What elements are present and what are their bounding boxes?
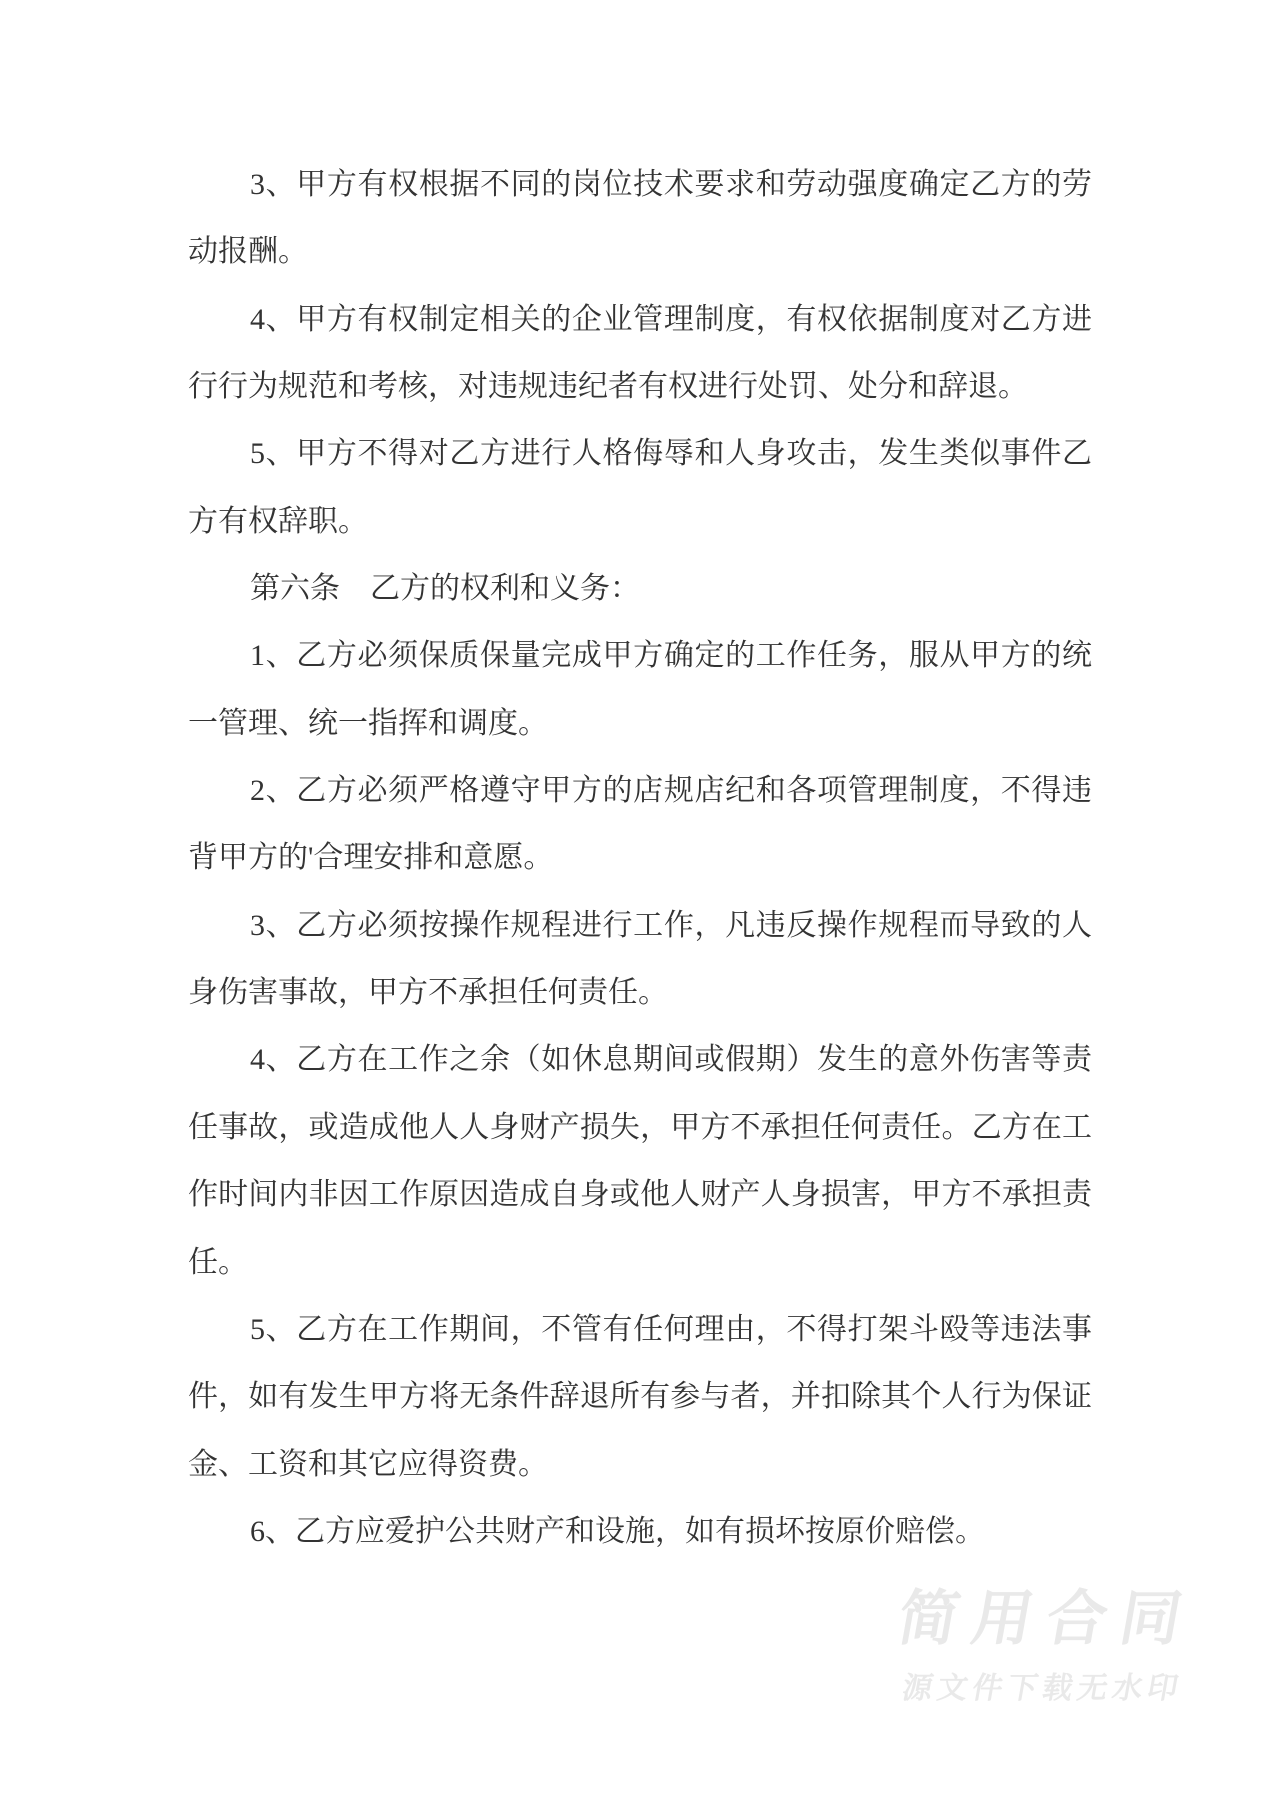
text-line: 背甲方的'合理安排和意愿。 xyxy=(188,824,1092,891)
paragraph: 5、乙方在工作期间，不管有任何理由，不得打架斗殴等违法事件，如有发生甲方将无条件… xyxy=(188,1296,1092,1498)
paragraph: 4、乙方在工作之余（如休息期间或假期）发生的意外伤害等责任事故，或造成他人人身财… xyxy=(188,1026,1092,1295)
text-line: 身伤害事故，甲方不承担任何责任。 xyxy=(188,959,1092,1026)
text-line: 3、甲方有权根据不同的岗位技术要求和劳动强度确定乙方的劳 xyxy=(188,151,1092,218)
text-line: 一管理、统一指挥和调度。 xyxy=(188,690,1092,757)
text-line: 5、甲方不得对乙方进行人格侮辱和人身攻击，发生类似事件乙 xyxy=(188,420,1092,487)
text-line: 第六条 乙方的权利和义务： xyxy=(188,555,1092,622)
watermark-subtitle: 源文件下载无水印 xyxy=(883,1672,1185,1706)
paragraph: 3、甲方有权根据不同的岗位技术要求和劳动强度确定乙方的劳动报酬。 xyxy=(188,151,1092,286)
text-line: 5、乙方在工作期间，不管有任何理由，不得打架斗殴等违法事 xyxy=(188,1296,1092,1363)
document-page: 3、甲方有权根据不同的岗位技术要求和劳动强度确定乙方的劳动报酬。4、甲方有权制定… xyxy=(0,0,1280,1810)
text-line: 金、工资和其它应得资费。 xyxy=(188,1431,1092,1498)
text-line: 1、乙方必须保质保量完成甲方确定的工作任务，服从甲方的统 xyxy=(188,622,1092,689)
text-line: 任事故，或造成他人人身财产损失，甲方不承担任何责任。乙方在工 xyxy=(188,1094,1092,1161)
text-line: 4、乙方在工作之余（如休息期间或假期）发生的意外伤害等责 xyxy=(188,1026,1092,1093)
text-line: 6、乙方应爱护公共财产和设施，如有损坏按原价赔偿。 xyxy=(188,1498,1092,1565)
paragraph: 3、乙方必须按操作规程进行工作，凡违反操作规程而导致的人身伤害事故，甲方不承担任… xyxy=(188,892,1092,1027)
paragraph: 1、乙方必须保质保量完成甲方确定的工作任务，服从甲方的统一管理、统一指挥和调度。 xyxy=(188,622,1092,757)
paragraph: 2、乙方必须严格遵守甲方的店规店纪和各项管理制度，不得违背甲方的'合理安排和意愿… xyxy=(188,757,1092,892)
text-line: 任。 xyxy=(188,1229,1092,1296)
paragraph: 第六条 乙方的权利和义务： xyxy=(188,555,1092,622)
text-line: 3、乙方必须按操作规程进行工作，凡违反操作规程而导致的人 xyxy=(188,892,1092,959)
watermark: 简用合同 源文件下载无水印 xyxy=(883,1586,1200,1706)
contract-text-block: 3、甲方有权根据不同的岗位技术要求和劳动强度确定乙方的劳动报酬。4、甲方有权制定… xyxy=(188,151,1092,1565)
text-line: 方有权辞职。 xyxy=(188,488,1092,555)
text-line: 4、甲方有权制定相关的企业管理制度，有权依据制度对乙方进 xyxy=(188,286,1092,353)
text-line: 作时间内非因工作原因造成自身或他人财产人身损害，甲方不承担责 xyxy=(188,1161,1092,1228)
text-line: 行行为规范和考核，对违规违纪者有权进行处罚、处分和辞退。 xyxy=(188,353,1092,420)
text-line: 动报酬。 xyxy=(188,218,1092,285)
paragraph: 4、甲方有权制定相关的企业管理制度，有权依据制度对乙方进行行为规范和考核，对违规… xyxy=(188,286,1092,421)
paragraph: 6、乙方应爱护公共财产和设施，如有损坏按原价赔偿。 xyxy=(188,1498,1092,1565)
watermark-title: 简用合同 xyxy=(893,1586,1201,1652)
text-line: 件，如有发生甲方将无条件辞退所有参与者，并扣除其个人行为保证 xyxy=(188,1363,1092,1430)
paragraph: 5、甲方不得对乙方进行人格侮辱和人身攻击，发生类似事件乙方有权辞职。 xyxy=(188,420,1092,555)
text-line: 2、乙方必须严格遵守甲方的店规店纪和各项管理制度，不得违 xyxy=(188,757,1092,824)
